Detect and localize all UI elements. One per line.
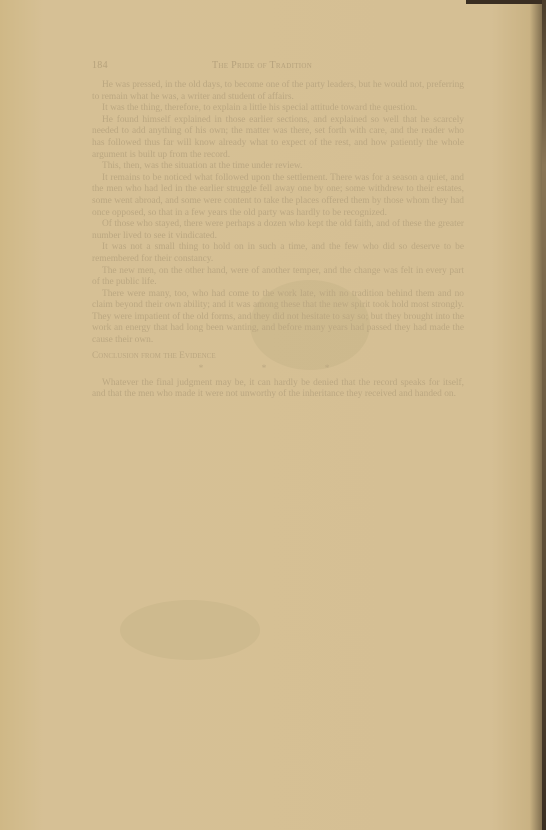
- paragraph: He found himself explained in those earl…: [92, 115, 464, 161]
- paragraph: The new men, on the other hand, were of …: [92, 266, 464, 289]
- paper-stain: [120, 600, 260, 660]
- paragraph: It remains to be noticed what followed u…: [92, 173, 464, 219]
- section-heading: Conclusion from the Evidence: [92, 351, 464, 363]
- page-body-text: He was pressed, in the old days, to beco…: [92, 80, 464, 401]
- paragraph: It was not a small thing to hold on in s…: [92, 242, 464, 265]
- running-head: The Pride of Tradition: [212, 60, 312, 71]
- page-header: 184 The Pride of Tradition: [92, 60, 462, 74]
- scanned-book-page: 184 The Pride of Tradition He was presse…: [0, 0, 546, 830]
- paragraph: He was pressed, in the old days, to beco…: [92, 80, 464, 103]
- paragraph: It was the thing, therefore, to explain …: [92, 103, 464, 115]
- page-gutter-edge: [542, 0, 546, 830]
- scan-edge-shadow: [466, 0, 546, 4]
- paragraph: This, then, was the situation at the tim…: [92, 161, 464, 173]
- section-divider: * * *: [92, 364, 464, 376]
- paragraph: There were many, too, who had come to th…: [92, 289, 464, 347]
- paragraph: Whatever the final judgment may be, it c…: [92, 378, 464, 401]
- page-number: 184: [92, 60, 108, 71]
- paragraph: Of those who stayed, there were perhaps …: [92, 219, 464, 242]
